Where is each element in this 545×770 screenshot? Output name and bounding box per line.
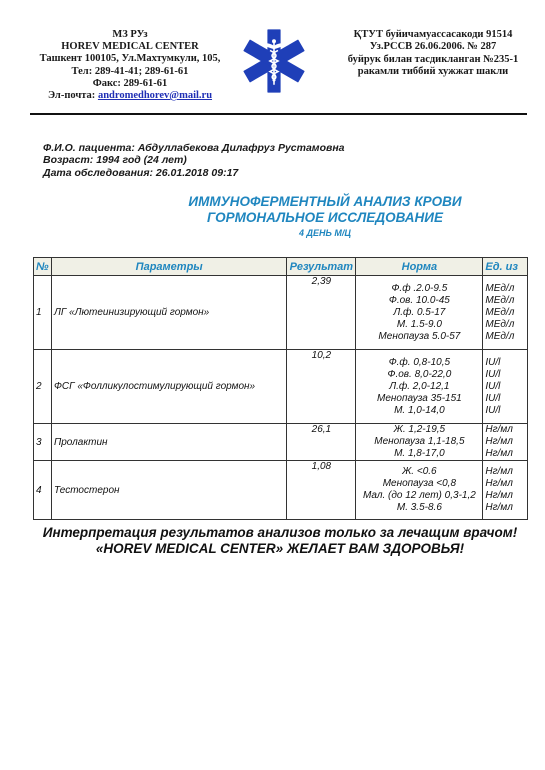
email-label: Эл-почта: — [48, 90, 98, 101]
norm-line: М. 3.5-8.6 — [358, 502, 480, 514]
norm-line: М. 1,8-17,0 — [358, 448, 480, 460]
row-result: 1,08 — [287, 461, 356, 520]
row-norms: Ж. <0.6Менопауза <0,8Мал. (до 12 лет) 0,… — [356, 461, 483, 520]
header-divider — [30, 113, 527, 115]
row-norms: Ф.ф .2.0-9.5Ф.ов. 10.0-45Л.ф. 0.5-17М. 1… — [356, 276, 483, 350]
email-link[interactable]: andromedhorev@mail.ru — [98, 90, 212, 101]
clinic-fax: Факс: 289-61-61 — [30, 78, 230, 90]
report-title: ИММУНОФЕРМЕНТНЫЙ АНАЛИЗ КРОВИ — [150, 194, 500, 210]
unit-line: Нг/мл — [485, 436, 525, 448]
clinic-phone: Тел: 289-41-41; 289-61-61 — [30, 66, 230, 78]
unit-line: IU/l — [485, 393, 525, 405]
norm-line: Л.ф. 0.5-17 — [358, 307, 480, 319]
clinic-name: HOREV MEDICAL CENTER — [30, 41, 230, 53]
unit-line: МЕд/л — [485, 319, 525, 331]
header-num: № — [34, 258, 52, 276]
row-units: Нг/млНг/млНг/мл — [483, 424, 528, 461]
unit-line: МЕд/л — [485, 283, 525, 295]
norm-line: Менопауза 35-151 — [358, 393, 480, 405]
unit-line: Нг/мл — [485, 502, 525, 514]
row-parameter: ЛГ «Лютеинизирующий гормон» — [51, 276, 286, 350]
row-result: 26,1 — [287, 424, 356, 461]
results-table: № Параметры Результат Норма Ед. из 1ЛГ «… — [33, 257, 528, 520]
ministry-label: МЗ РУз — [30, 29, 230, 41]
norm-line: Менопауза 5.0-57 — [358, 331, 480, 343]
norm-line: Ф.ов. 8,0-22,0 — [358, 369, 480, 381]
patient-age: Возраст: 1994 год (24 лет) — [43, 154, 345, 166]
header-param: Параметры — [51, 258, 286, 276]
unit-line: Нг/мл — [485, 490, 525, 502]
table-header-row: № Параметры Результат Норма Ед. из — [34, 258, 528, 276]
row-parameter: Пролактин — [51, 424, 286, 461]
unit-line: IU/l — [485, 369, 525, 381]
norm-line: Ж. 1,2-19,5 — [358, 424, 480, 436]
report-subtitle: ГОРМОНАЛЬНОЕ ИССЛЕДОВАНИЕ — [150, 210, 500, 226]
norm-line: Л.ф. 2,0-12,1 — [358, 381, 480, 393]
row-number: 3 — [34, 424, 52, 461]
clinic-email-row: Эл-почта: andromedhorev@mail.ru — [30, 90, 230, 102]
unit-line: IU/l — [485, 405, 525, 417]
unit-line: Нг/мл — [485, 424, 525, 436]
norm-line: Ф.ф .2.0-9.5 — [358, 283, 480, 295]
table-row: 2ФСГ «Фолликулостимулирующий гормон»10,2… — [34, 350, 528, 424]
unit-line: Нг/мл — [485, 448, 525, 460]
unit-line: МЕд/л — [485, 331, 525, 343]
exam-date: Дата обследования: 26.01.2018 09:17 — [43, 167, 345, 179]
row-number: 1 — [34, 276, 52, 350]
unit-line: IU/l — [485, 357, 525, 369]
norm-line: Ф.ов. 10.0-45 — [358, 295, 480, 307]
cycle-day-label: 4 ДЕНЬ М/Ц — [150, 226, 500, 240]
norm-line: М. 1.5-9.0 — [358, 319, 480, 331]
row-norms: Ж. 1,2-19,5Менопауза 1,1-18,5М. 1,8-17,0 — [356, 424, 483, 461]
regulatory-line-4: ракамли тиббий хужжат шакли — [338, 66, 528, 78]
row-units: МЕд/лМЕд/лМЕд/лМЕд/лМЕд/л — [483, 276, 528, 350]
row-number: 4 — [34, 461, 52, 520]
regulatory-line-3: буйрук билан тасдикланган №235-1 — [338, 54, 528, 66]
unit-line: Нг/мл — [485, 478, 525, 490]
footer-note: Интерпретация результатов анализов тольк… — [20, 525, 540, 557]
header-norm: Норма — [356, 258, 483, 276]
unit-line: Нг/мл — [485, 466, 525, 478]
unit-line: МЕд/л — [485, 307, 525, 319]
unit-line: МЕд/л — [485, 295, 525, 307]
regulatory-header-right: ҚТУТ буйичамуассасакоди 91514 Уз.РССВ 26… — [338, 29, 528, 79]
table-row: 4Тестостерон1,08Ж. <0.6Менопауза <0,8Мал… — [34, 461, 528, 520]
footer-wish: «HOREV MEDICAL CENTER» ЖЕЛАЕТ ВАМ ЗДОРОВ… — [20, 541, 540, 557]
row-parameter: Тестостерон — [51, 461, 286, 520]
row-result: 2,39 — [287, 276, 356, 350]
row-result: 10,2 — [287, 350, 356, 424]
norm-line: Менопауза 1,1-18,5 — [358, 436, 480, 448]
row-parameter: ФСГ «Фолликулостимулирующий гормон» — [51, 350, 286, 424]
clinic-address: Ташкент 100105, Ул.Махтумкули, 105, — [30, 53, 230, 65]
footer-disclaimer: Интерпретация результатов анализов тольк… — [20, 525, 540, 541]
star-of-life-caduceus-icon — [241, 28, 307, 94]
row-number: 2 — [34, 350, 52, 424]
patient-info: Ф.И.О. пациента: Абдуллабекова Дилафруз … — [43, 142, 345, 179]
row-units: Нг/млНг/млНг/млНг/мл — [483, 461, 528, 520]
header-unit: Ед. из — [483, 258, 528, 276]
header-result: Результат — [287, 258, 356, 276]
norm-line: Менопауза <0,8 — [358, 478, 480, 490]
norm-line: Ф.ф. 0,8-10,5 — [358, 357, 480, 369]
regulatory-line-1: ҚТУТ буйичамуассасакоди 91514 — [338, 29, 528, 41]
row-units: IU/lIU/lIU/lIU/lIU/l — [483, 350, 528, 424]
norm-line: М. 1,0-14,0 — [358, 405, 480, 417]
norm-line: Мал. (до 12 лет) 0,3-1,2 — [358, 490, 480, 502]
patient-name: Ф.И.О. пациента: Абдуллабекова Дилафруз … — [43, 142, 345, 154]
row-norms: Ф.ф. 0,8-10,5Ф.ов. 8,0-22,0Л.ф. 2,0-12,1… — [356, 350, 483, 424]
regulatory-line-2: Уз.РССВ 26.06.2006. № 287 — [338, 41, 528, 53]
report-titles: ИММУНОФЕРМЕНТНЫЙ АНАЛИЗ КРОВИ ГОРМОНАЛЬН… — [150, 194, 500, 240]
clinic-header-left: МЗ РУз HOREV MEDICAL CENTER Ташкент 1001… — [30, 29, 230, 102]
table-row: 3Пролактин26,1Ж. 1,2-19,5Менопауза 1,1-1… — [34, 424, 528, 461]
unit-line: IU/l — [485, 381, 525, 393]
norm-line: Ж. <0.6 — [358, 466, 480, 478]
table-row: 1ЛГ «Лютеинизирующий гормон»2,39Ф.ф .2.0… — [34, 276, 528, 350]
